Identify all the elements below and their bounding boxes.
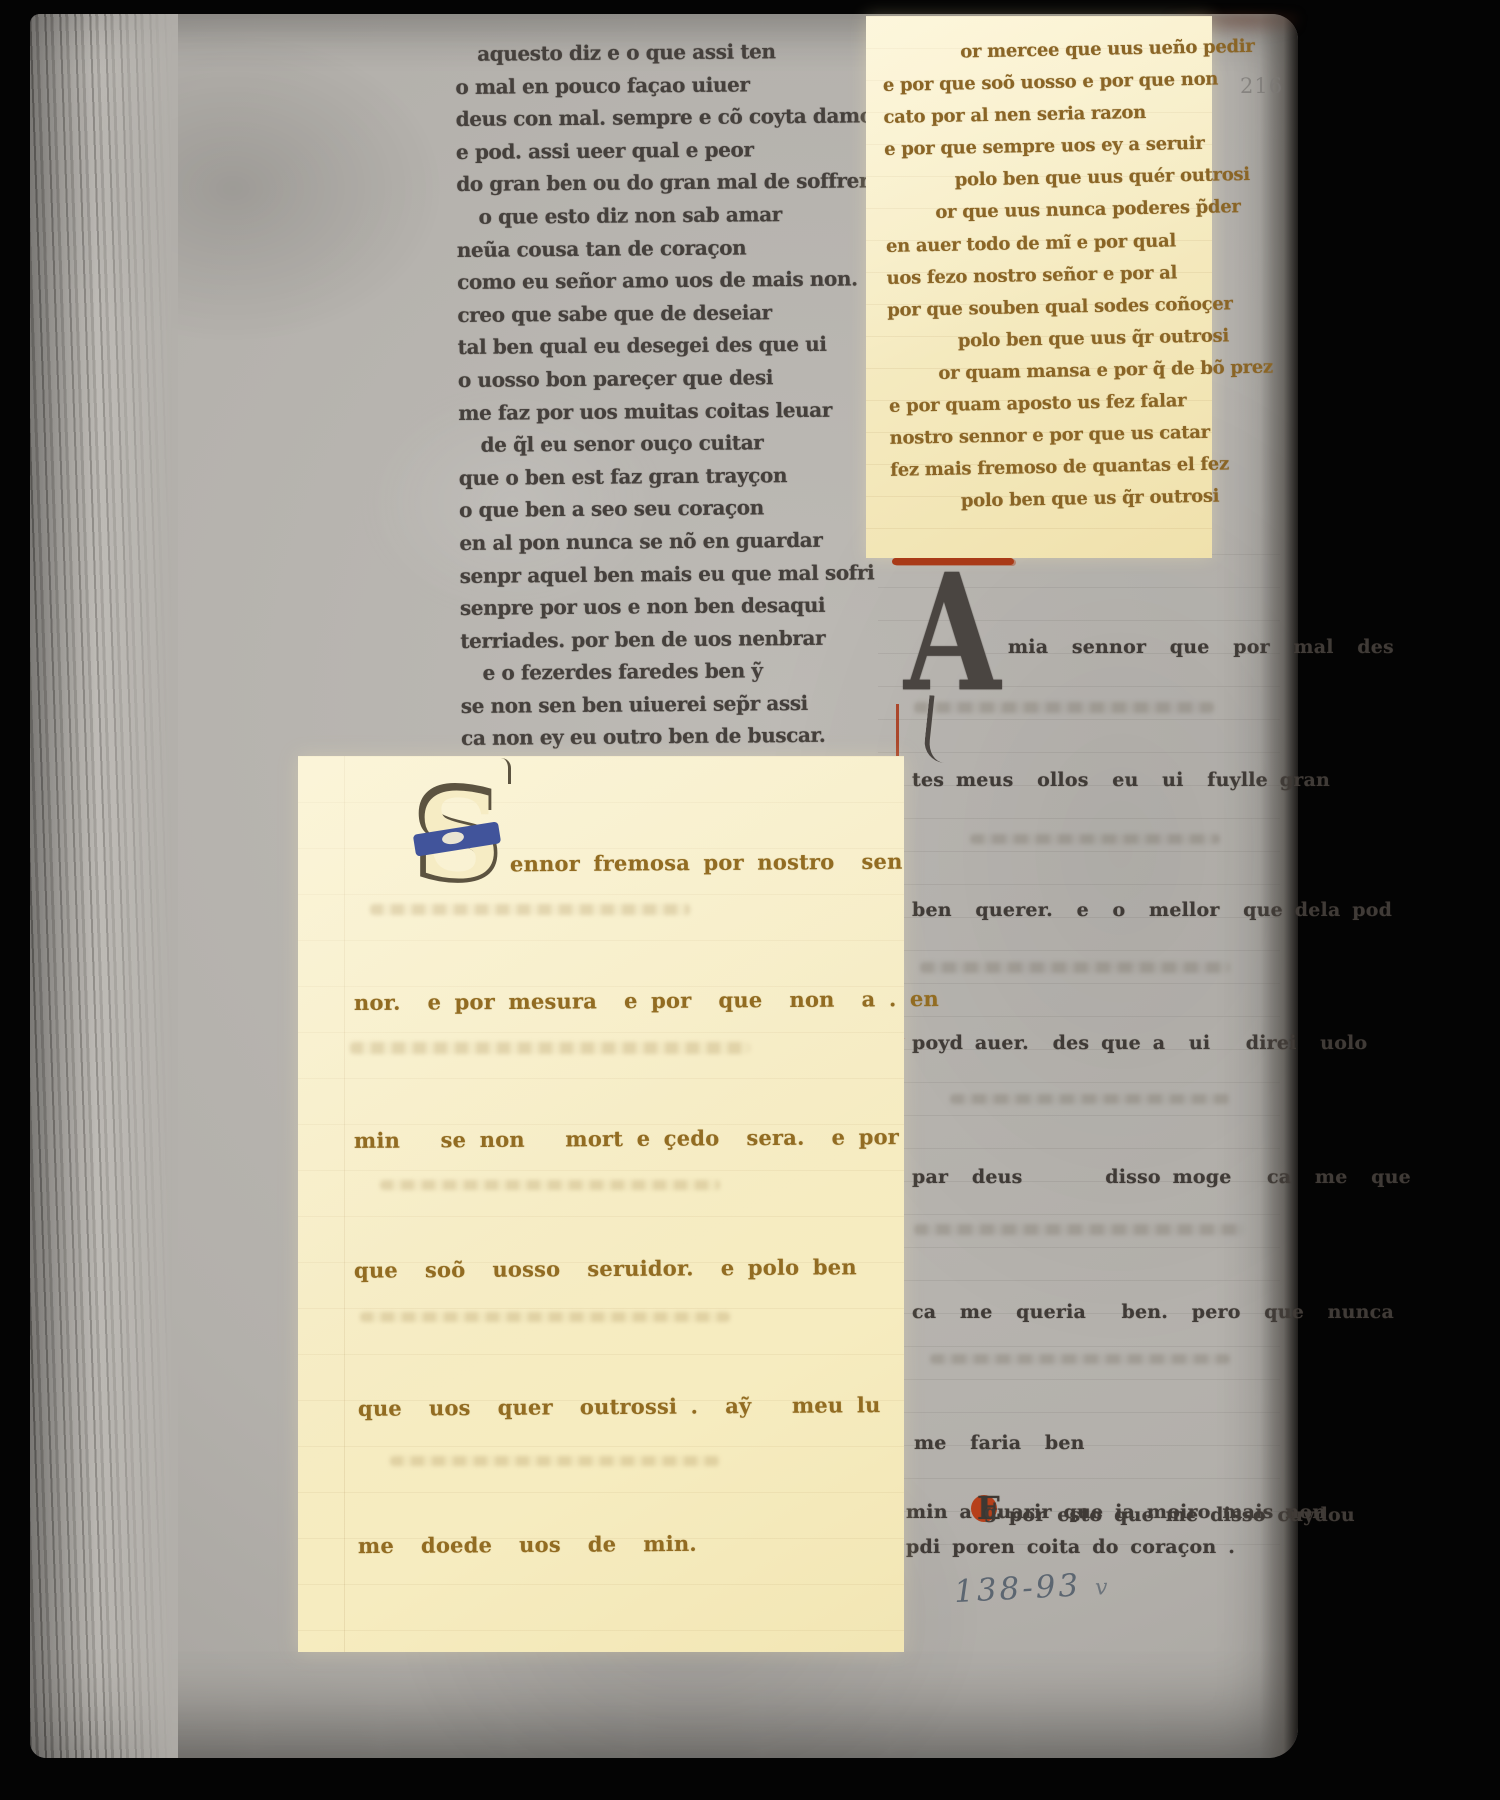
manuscript-line: como eu señor amo uos de mais non. [457,262,893,298]
bleed-through-text [920,962,1230,973]
manuscript-line: nor. e por mesura e por que non a . en [354,984,939,1018]
initial-letter: A [904,552,1001,713]
manuscript-line: me faz por uos muitas coitas leuar [458,393,894,429]
manuscript-line: o mal en pouco façao uiuer [455,67,891,103]
bleed-through-text [360,1312,730,1322]
manuscript-line: min se non mort e çedo sera. e por [354,1122,899,1156]
manuscript-line: se non sen ben uiuerei sep̃r assi [461,686,897,722]
bleed-through-text [350,1042,750,1054]
manuscript-line: tes meus ollos eu ui fuylle gran [912,765,1330,795]
manuscript-line: pdi poren coita do coraçon . [906,1532,1235,1562]
highlighted-excerpt-middle: S S ennor fremosa por nostro sen nor. e … [298,756,904,1652]
bleed-through-text [950,1094,1230,1104]
bleed-through-text [930,1354,1230,1364]
bleed-through-text [390,1456,720,1466]
manuscript-photo: 216 aquesto diz e o que assi ten o mal e… [0,0,1500,1800]
bleed-through-text [914,1224,1244,1235]
manuscript-line: o que ben a seo seu coraçon [459,490,895,526]
manuscript-line: ca me queria ben. pero que nunca [912,1297,1394,1327]
manuscript-line: mia sennor que por mal des [1008,632,1394,662]
manuscript-line: senpre por uos e non ben desaqui [460,588,896,624]
bleed-through-text [380,1180,720,1190]
manuscript-line: me faria ben [914,1428,1085,1458]
parchment-page: 216 aquesto diz e o que assi ten o mal e… [30,14,1298,1758]
excerpt-text-block: or mercee que uus ueño pedir e por que s… [882,31,1276,520]
manuscript-line: ca non ey eu outro ben de buscar. [461,719,897,755]
shelfmark-number: 138-93 [953,1567,1082,1610]
manuscript-line: do gran ben ou do gran mal de soffrer. [456,165,892,201]
manuscript-line: e o fezerdes faredes ben ỹ [460,653,896,689]
manuscript-line: o que esto diz non sab amar [456,197,892,233]
manuscript-line: que soõ uosso seruidor. e polo ben [354,1252,857,1286]
illuminated-initial-S: S S [410,770,520,930]
manuscript-line: me doede uos de min. [358,1529,697,1561]
manuscript-line: ben querer. e o mellor que dela pod [912,895,1392,925]
manuscript-line: par deus disso moge ca me que [912,1162,1411,1192]
manuscript-line: deus con mal. sempre e cõ coyta damor [456,99,892,135]
manuscript-line: min a guarir que ia moiro mais non [906,1497,1326,1527]
manuscript-line: que o ben est faz gran trayçon [459,458,895,494]
manuscript-line: neũa cousa tan de coraçon [457,230,893,266]
manuscript-line: tal ben qual eu desegei des que ui [458,328,894,364]
manuscript-line: creo que sabe que de deseiar [457,295,893,331]
manuscript-line: terriades. por ben de uos nenbrar [460,621,896,657]
ascender-flourish [498,758,511,784]
pencil-shelfmark-note: 138-93v [953,1566,1111,1610]
manuscript-line: o uosso bon pareçer que desi [458,360,894,396]
manuscript-line: ennor fremosa por nostro sen [510,847,903,880]
manuscript-line: senpr aquel ben mais eu que mal sofri [460,556,896,592]
book-page-stack-edges [30,14,178,1758]
manuscript-line: e pod. assi ueer qual e peor [456,132,892,168]
manuscript-line: en al pon nunca se nõ en guardar [459,523,895,559]
left-text-column: aquesto diz e o que assi ten o mal en po… [455,34,897,755]
manuscript-line: que uos quer outrossi . aỹ meu lu [358,1390,881,1424]
shelfmark-suffix: v [1095,1575,1112,1601]
highlighted-excerpt-top: or mercee que uus ueño pedir e por que s… [866,16,1212,558]
manuscript-line: de q̃l eu senor ouço cuitar [458,425,894,461]
manuscript-line: aquesto diz e o que assi ten [455,34,891,70]
bleed-through-text [970,834,1220,844]
manuscript-line: poyd auer. des que a ui direi uolo [912,1028,1367,1058]
